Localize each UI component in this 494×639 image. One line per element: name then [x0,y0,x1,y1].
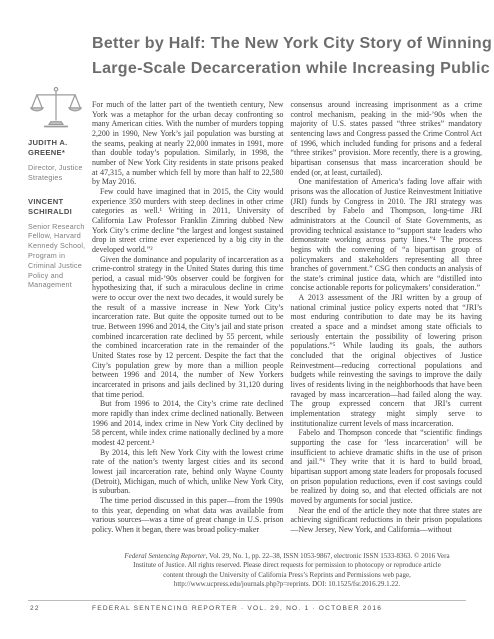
paragraph: Fabelo and Thompson concede that “scient… [291,428,483,505]
footnote-journal-name: Federal Sentencing Reporter [124,552,205,560]
article-column-2: consensus around increasing imprisonment… [291,100,483,535]
page-number: 22 [30,605,40,612]
paragraph: Near the end of the article they note th… [291,506,483,535]
author-role-1: Director, Justice Strategies [28,163,88,183]
paragraph: A 2013 assessment of the JRI written by … [291,293,483,428]
paragraph: Given the dominance and popularity of in… [92,255,284,400]
paragraph: For much of the latter part of the twent… [92,100,284,187]
copyright-footnote: Federal Sentencing Reporter, Vol. 29, No… [122,552,452,590]
author-name-1: JUDITH A. GREENE* [28,138,88,158]
article-body: For much of the latter part of the twent… [92,100,482,535]
page-title-line-1: Better by Half: The New York City Story … [92,31,492,56]
journal-page: Better by Half: The New York City Story … [0,0,494,639]
page-title-line-2: Large-Scale Decarceration while Increasi… [92,56,492,81]
paragraph: consensus around increasing imprisonment… [291,100,483,177]
author-sidebar: JUDITH A. GREENE* Director, Justice Stra… [28,86,88,304]
paragraph: But from 1996 to 2014, the City’s crime … [92,399,284,447]
author-role-2: Senior Research Fellow, Harvard Kennedy … [28,222,88,291]
paragraph: The time period discussed in this paper—… [92,496,284,535]
paragraph: One manifestation of America’s fading lo… [291,177,483,293]
page-title: Better by Half: The New York City Story … [92,31,492,81]
article-column-1: For much of the latter part of the twent… [92,100,284,535]
author-name-2: VINCENT SCHIRALDI [28,197,88,217]
paragraph: By 2014, this left New York City with th… [92,448,284,496]
footer-divider [28,600,466,601]
scales-of-justice-icon [30,86,82,128]
paragraph: Few could have imagined that in 2015, th… [92,187,284,255]
footer-journal-line: FEDERAL SENTENCING REPORTER · VOL. 29, N… [92,605,382,612]
